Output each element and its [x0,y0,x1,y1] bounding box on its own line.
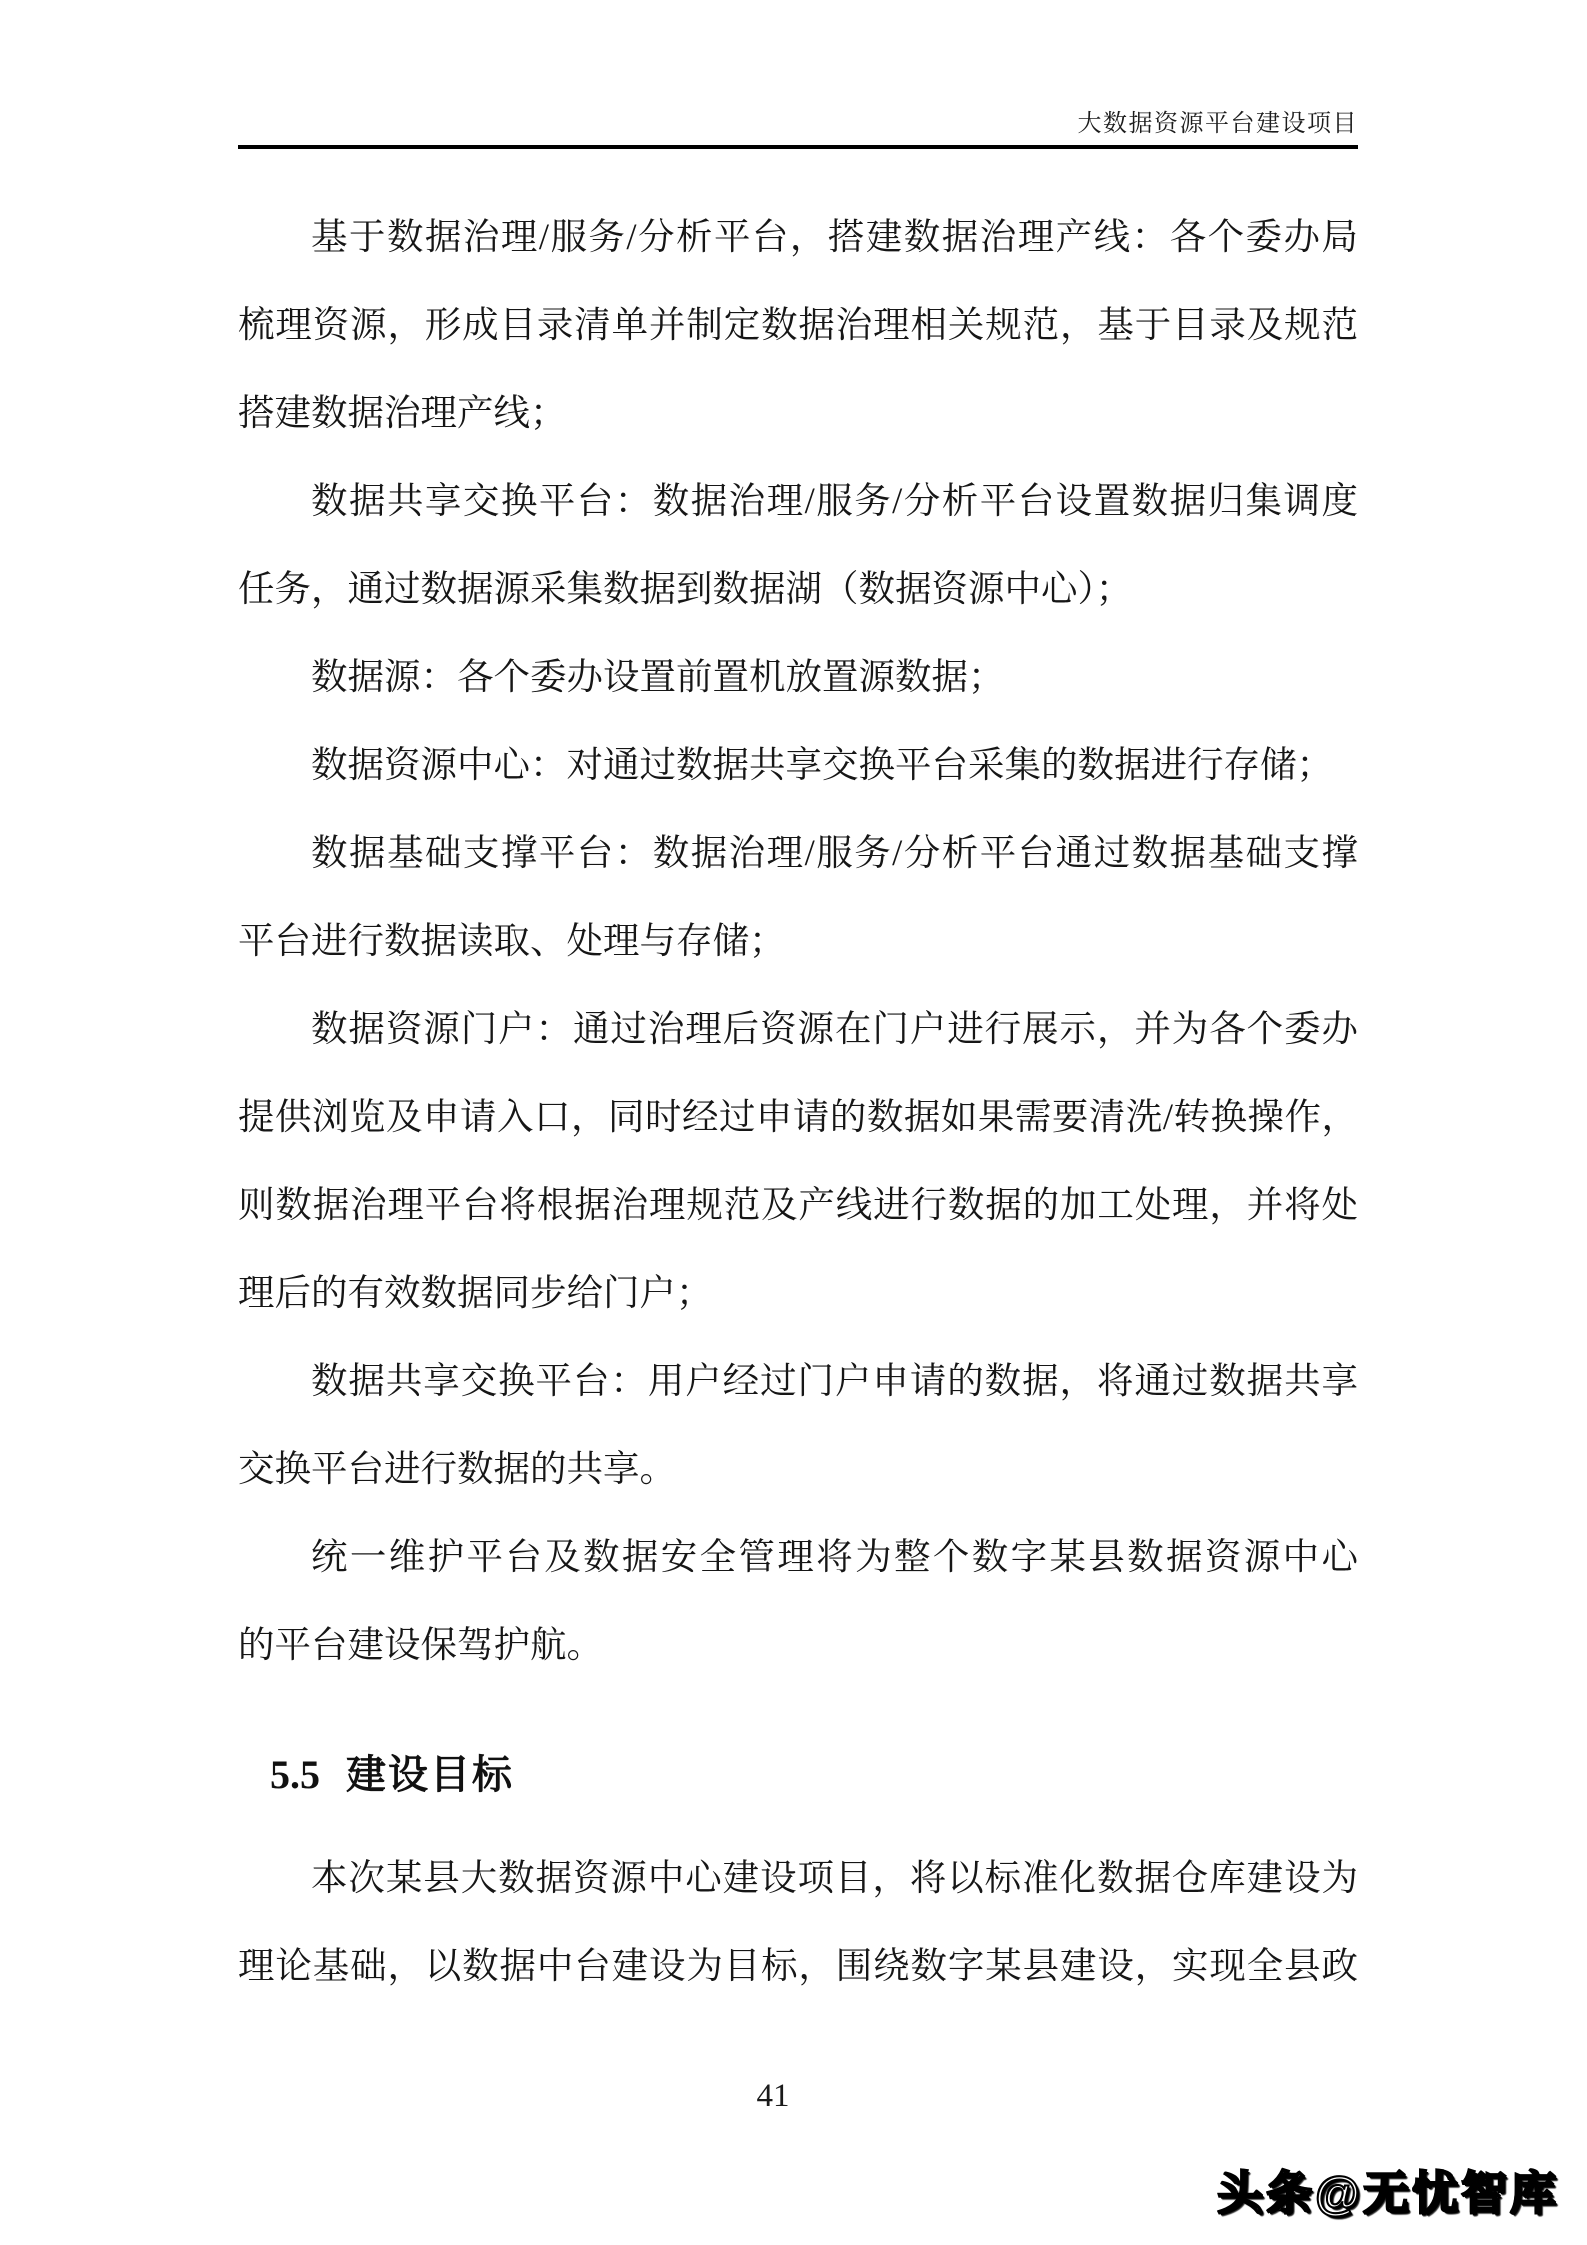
body-content: 基于数据治理/服务/分析平台，搭建数据治理产线：各个委办局梳理资源，形成目录清单… [238,193,1358,2010]
body-line: 提供浏览及申请入口，同时经过申请的数据如果需要清洗/转换操作， [238,1073,1358,1161]
document-page: 大数据资源平台建设项目 基于数据治理/服务/分析平台，搭建数据治理产线：各个委办… [0,0,1587,2245]
body-line: 搭建数据治理产线； [238,369,1358,457]
paragraph: 数据基础支撑平台：数据治理/服务/分析平台通过数据基础支撑平台进行数据读取、处理… [238,809,1358,985]
body-line: 统一维护平台及数据安全管理将为整个数字某县数据资源中心 [238,1513,1358,1601]
paragraph: 数据共享交换平台：用户经过门户申请的数据，将通过数据共享交换平台进行数据的共享。 [238,1337,1358,1513]
body-line: 本次某县大数据资源中心建设项目，将以标准化数据仓库建设为 [238,1834,1358,1922]
body-line: 数据基础支撑平台：数据治理/服务/分析平台通过数据基础支撑 [238,809,1358,897]
paragraph: 数据资源中心：对通过数据共享交换平台采集的数据进行存储； [238,721,1358,809]
paragraph: 数据资源门户：通过治理后资源在门户进行展示，并为各个委办提供浏览及申请入口，同时… [238,985,1358,1337]
page-header: 大数据资源平台建设项目 [238,0,1358,149]
body-line: 理后的有效数据同步给门户； [238,1249,1358,1337]
body-line: 数据资源门户：通过治理后资源在门户进行展示，并为各个委办 [238,985,1358,1073]
body-line: 数据共享交换平台：用户经过门户申请的数据，将通过数据共享 [238,1337,1358,1425]
heading-number: 5.5 [270,1752,320,1797]
heading-title: 建设目标 [346,1752,514,1797]
body-line: 则数据治理平台将根据治理规范及产线进行数据的加工处理，并将处 [238,1161,1358,1249]
body-line: 理论基础，以数据中台建设为目标，围绕数字某县建设，实现全县政 [238,1922,1358,2010]
body-line: 平台进行数据读取、处理与存储； [238,897,1358,985]
section-heading: 5.5建设目标 [270,1744,1358,1806]
paragraph: 统一维护平台及数据安全管理将为整个数字某县数据资源中心的平台建设保驾护航。 [238,1513,1358,1689]
body-line: 的平台建设保驾护航。 [238,1601,1358,1689]
paragraph: 数据共享交换平台：数据治理/服务/分析平台设置数据归集调度任务，通过数据源采集数… [238,457,1358,633]
watermark: 头条@无忧智库 [1217,2157,1559,2223]
paragraph: 数据源：各个委办设置前置机放置源数据； [238,633,1358,721]
body-line: 基于数据治理/服务/分析平台，搭建数据治理产线：各个委办局 [238,193,1358,281]
page-number: 41 [238,2074,1308,2118]
header-title: 大数据资源平台建设项目 [1078,103,1359,145]
body-line: 数据资源中心：对通过数据共享交换平台采集的数据进行存储； [238,721,1358,809]
body-line: 数据共享交换平台：数据治理/服务/分析平台设置数据归集调度 [238,457,1358,545]
body-line: 数据源：各个委办设置前置机放置源数据； [238,633,1358,721]
paragraph: 本次某县大数据资源中心建设项目，将以标准化数据仓库建设为理论基础，以数据中台建设… [238,1834,1358,2010]
body-line: 梳理资源，形成目录清单并制定数据治理相关规范，基于目录及规范 [238,281,1358,369]
paragraph: 基于数据治理/服务/分析平台，搭建数据治理产线：各个委办局梳理资源，形成目录清单… [238,193,1358,457]
body-line: 任务，通过数据源采集数据到数据湖（数据资源中心）； [238,545,1358,633]
body-line: 交换平台进行数据的共享。 [238,1425,1358,1513]
